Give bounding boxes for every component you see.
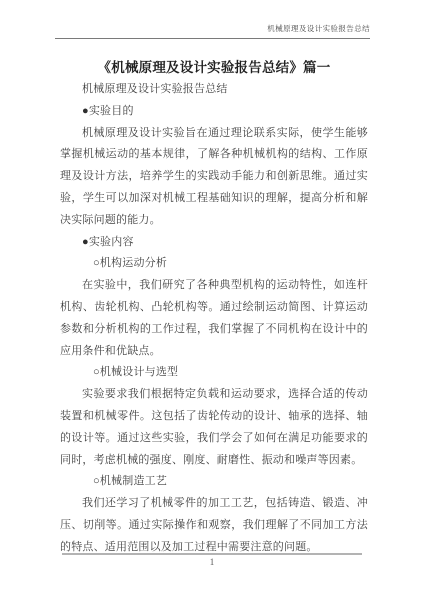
document-page: 机械原理及设计实验报告总结 《机械原理及设计实验报告总结》篇一 机械原理及设计实…: [0, 0, 424, 600]
sub-bullet-item: ○机械设计与选型: [60, 362, 368, 384]
bullet-item-label: 实验目的: [89, 105, 134, 117]
paragraph: 在实验中，我们研究了各种典型机构的运动特性，如连杆机构、齿轮机构、凸轮机构等。通…: [60, 275, 368, 362]
bullet-item: ●实验目的: [60, 101, 368, 123]
paragraph: 机械原理及设计实验报告总结: [60, 79, 368, 101]
bullet-item: ●实验内容: [60, 232, 368, 254]
document-title: 《机械原理及设计实验报告总结》篇一: [60, 57, 368, 79]
page-footer: 1: [62, 553, 362, 569]
sub-bullet-item-label: 机械制造工艺: [100, 475, 167, 487]
hollow-circle-bullet-icon: ○: [93, 475, 100, 487]
hollow-circle-bullet-icon: ○: [93, 257, 100, 269]
page-number: 1: [62, 556, 362, 569]
paragraph: 机械原理及设计实验旨在通过理论联系实际，使学生能够掌握机械运动的基本规律，了解各…: [60, 123, 368, 232]
filled-circle-bullet-icon: ●: [82, 105, 89, 117]
sub-bullet-item-label: 机构运动分析: [100, 257, 167, 269]
bullet-item-label: 实验内容: [89, 236, 134, 248]
document-body: 《机械原理及设计实验报告总结》篇一 机械原理及设计实验报告总结 ●实验目的 机械…: [60, 57, 368, 559]
sub-bullet-item-label: 机械设计与选型: [100, 366, 178, 378]
footer-rule: [62, 553, 362, 555]
paragraph: 我们还学习了机械零件的加工工艺，包括铸造、锻造、冲压、切削等。通过实际操作和观察…: [60, 493, 368, 558]
sub-bullet-item: ○机构运动分析: [60, 253, 368, 275]
paragraph: 实验要求我们根据特定负载和运动要求，选择合适的传动装置和机械零件。这包括了齿轮传…: [60, 384, 368, 471]
running-header-title: 机械原理及设计实验报告总结: [55, 23, 370, 38]
sub-bullet-item: ○机械制造工艺: [60, 471, 368, 493]
filled-circle-bullet-icon: ●: [82, 236, 89, 248]
hollow-circle-bullet-icon: ○: [93, 366, 100, 378]
page-header: 机械原理及设计实验报告总结: [55, 0, 370, 39]
